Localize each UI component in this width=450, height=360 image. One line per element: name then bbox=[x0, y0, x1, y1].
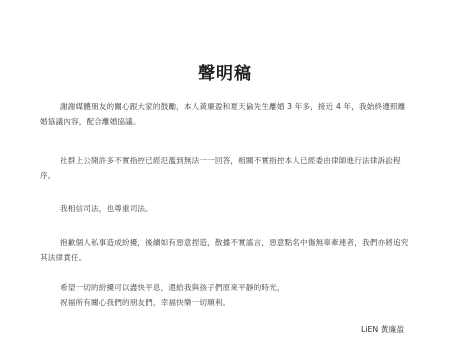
closing-wishes: 希望一切的紛擾可以盡快平息，還給我與孩子們原來平靜的時光， 祝福所有關心我們的朋… bbox=[60, 280, 412, 310]
document-title: 聲明稿 bbox=[0, 63, 450, 85]
paragraph-apology-warning: 抱歉個人私事造成紛擾，後續如有惡意捏造，散播不實謠言，惡意點名中傷無辜牽連者，我… bbox=[40, 235, 412, 265]
paragraph-thanks-divorce: 謝謝媒體朋友的關心跟大家的鼓勵，本人黃廉盈和夏天倫先生離婚 3 年多，接近 4 … bbox=[40, 99, 412, 129]
paragraph-legal-action: 社群上公開許多不實指控已經氾濫到無法一一回答，相關不實指控本人已經委由律師進行法… bbox=[40, 153, 412, 183]
signature: LiEN 黃廉盈 bbox=[361, 324, 404, 336]
closing-line-1: 希望一切的紛擾可以盡快平息，還給我與孩子們原來平靜的時光， bbox=[60, 280, 412, 295]
statement-page: 聲明稿 謝謝媒體朋友的關心跟大家的鼓勵，本人黃廉盈和夏天倫先生離婚 3 年多，接… bbox=[0, 0, 450, 360]
paragraph-trust-judiciary: 我相信司法，也尊重司法。 bbox=[60, 201, 412, 216]
closing-line-2: 祝福所有關心我們的朋友們，幸福快樂一切順利。 bbox=[60, 295, 412, 310]
